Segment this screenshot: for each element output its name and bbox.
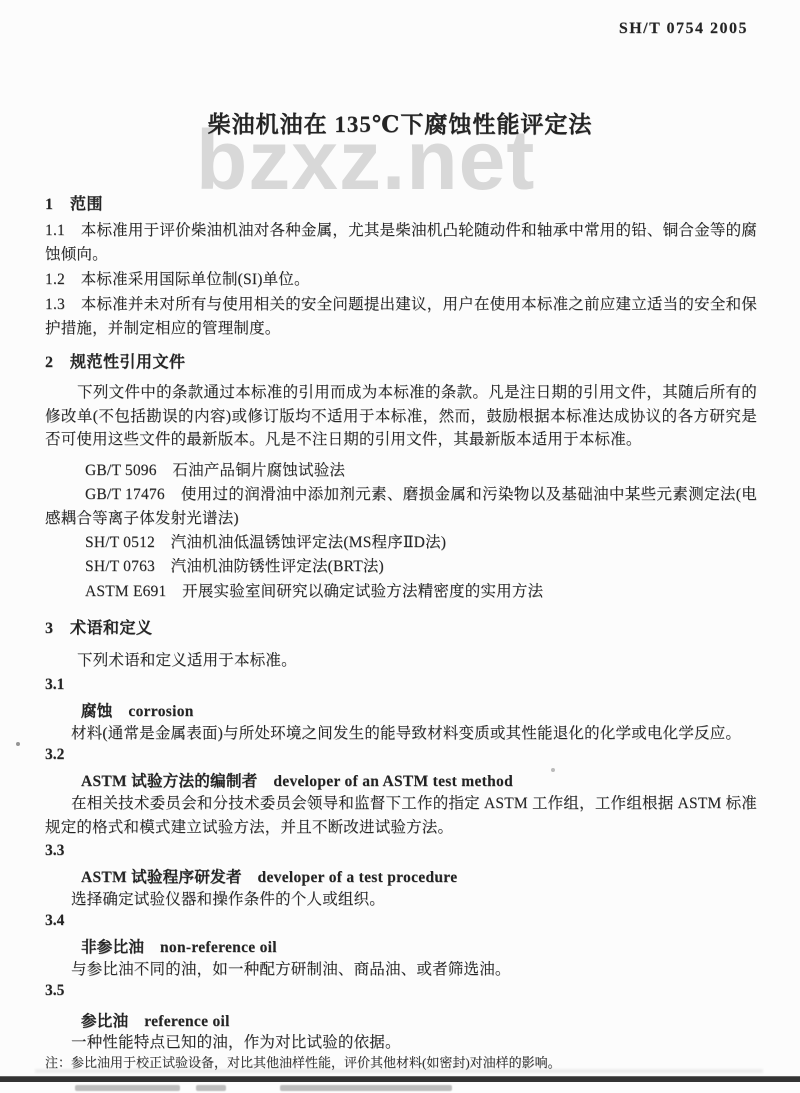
section-2-heading: 2 规范性引用文件 bbox=[45, 349, 186, 372]
page-bottom-rule bbox=[0, 1076, 800, 1082]
document-page: bzxz.net SH/T 0754 2005 柴油机油在 135℃下腐蚀性能评… bbox=[0, 0, 800, 1093]
term-3-2-title: ASTM 试验方法的编制者 developer of an ASTM test … bbox=[81, 769, 513, 791]
term-3-5-number: 3.5 bbox=[45, 982, 64, 1000]
clause-1-3: 1.3 本标准并未对所有与使用相关的安全问题提出建议，用户在使用本标准之前应建立… bbox=[45, 293, 757, 340]
standard-code: SH/T 0754 2005 bbox=[619, 20, 748, 38]
term-3-4-number: 3.4 bbox=[45, 912, 64, 930]
reference-sht0512: SH/T 0512 汽油机油低温锈蚀评定法(MS程序ⅡD法) bbox=[45, 531, 757, 555]
term-3-5-title: 参比油 reference oil bbox=[81, 1009, 230, 1031]
term-3-1-number: 3.1 bbox=[45, 676, 64, 694]
next-page-ghost-text bbox=[280, 1085, 452, 1091]
reference-astm-e691: ASTM E691 开展实验室间研究以确定试验方法精密度的实用方法 bbox=[45, 580, 757, 604]
section-2-intro: 下列文件中的条款通过本标准的引用而成为本标准的条款。凡是注日期的引用文件，其随后… bbox=[45, 381, 757, 452]
term-3-1-definition: 材料(通常是金属表面)与所处环境之间发生的能导致材料变质或其性能退化的化学或电化… bbox=[45, 722, 757, 746]
reference-gbt17476: GB/T 17476 使用过的润滑油中添加剂元素、磨损金属和污染物以及基础油中某… bbox=[45, 483, 757, 530]
next-page-ghost-text bbox=[75, 1085, 180, 1091]
term-3-1-title: 腐蚀 corrosion bbox=[81, 699, 194, 721]
next-page-ghost-text bbox=[196, 1085, 226, 1091]
term-3-4-title: 非参比油 non-reference oil bbox=[81, 935, 277, 957]
term-3-2-definition: 在相关技术委员会和分技术委员会领导和监督下工作的指定 ASTM 工作组，工作组根… bbox=[45, 792, 757, 839]
term-3-5-note: 注：参比油用于校正试验设备，对比其他油样性能，评价其他材料(如密封)对油样的影响… bbox=[45, 1054, 757, 1071]
scan-speck bbox=[551, 768, 555, 772]
term-3-3-title: ASTM 试验程序研发者 developer of a test procedu… bbox=[81, 865, 457, 887]
term-3-3-definition: 选择确定试验仪器和操作条件的个人或组织。 bbox=[45, 888, 757, 912]
section-3-intro: 下列术语和定义适用于本标准。 bbox=[45, 649, 757, 673]
term-3-3-number: 3.3 bbox=[45, 842, 64, 860]
doc-title: 柴油机油在 135℃下腐蚀性能评定法 bbox=[0, 106, 800, 139]
section-1-heading: 1 范围 bbox=[45, 191, 103, 214]
term-3-2-number: 3.2 bbox=[45, 746, 64, 764]
term-3-5-definition: 一种性能特点已知的油，作为对比试验的依据。 bbox=[45, 1031, 757, 1055]
section-3-heading: 3 术语和定义 bbox=[45, 615, 153, 638]
clause-1-2: 1.2 本标准采用国际单位制(SI)单位。 bbox=[45, 268, 757, 292]
reference-sht0763: SH/T 0763 汽油机油防锈性评定法(BRT法) bbox=[45, 555, 757, 579]
scan-speck bbox=[16, 742, 20, 746]
clause-1-1: 1.1 本标准用于评价柴油机油对各种金属，尤其是柴油机凸轮随动件和轴承中常用的铅… bbox=[45, 219, 757, 266]
term-3-4-definition: 与参比油不同的油，如一种配方研制油、商品油、或者筛选油。 bbox=[45, 958, 757, 982]
reference-gbt5096: GB/T 5096 石油产品铜片腐蚀试验法 bbox=[45, 459, 757, 483]
